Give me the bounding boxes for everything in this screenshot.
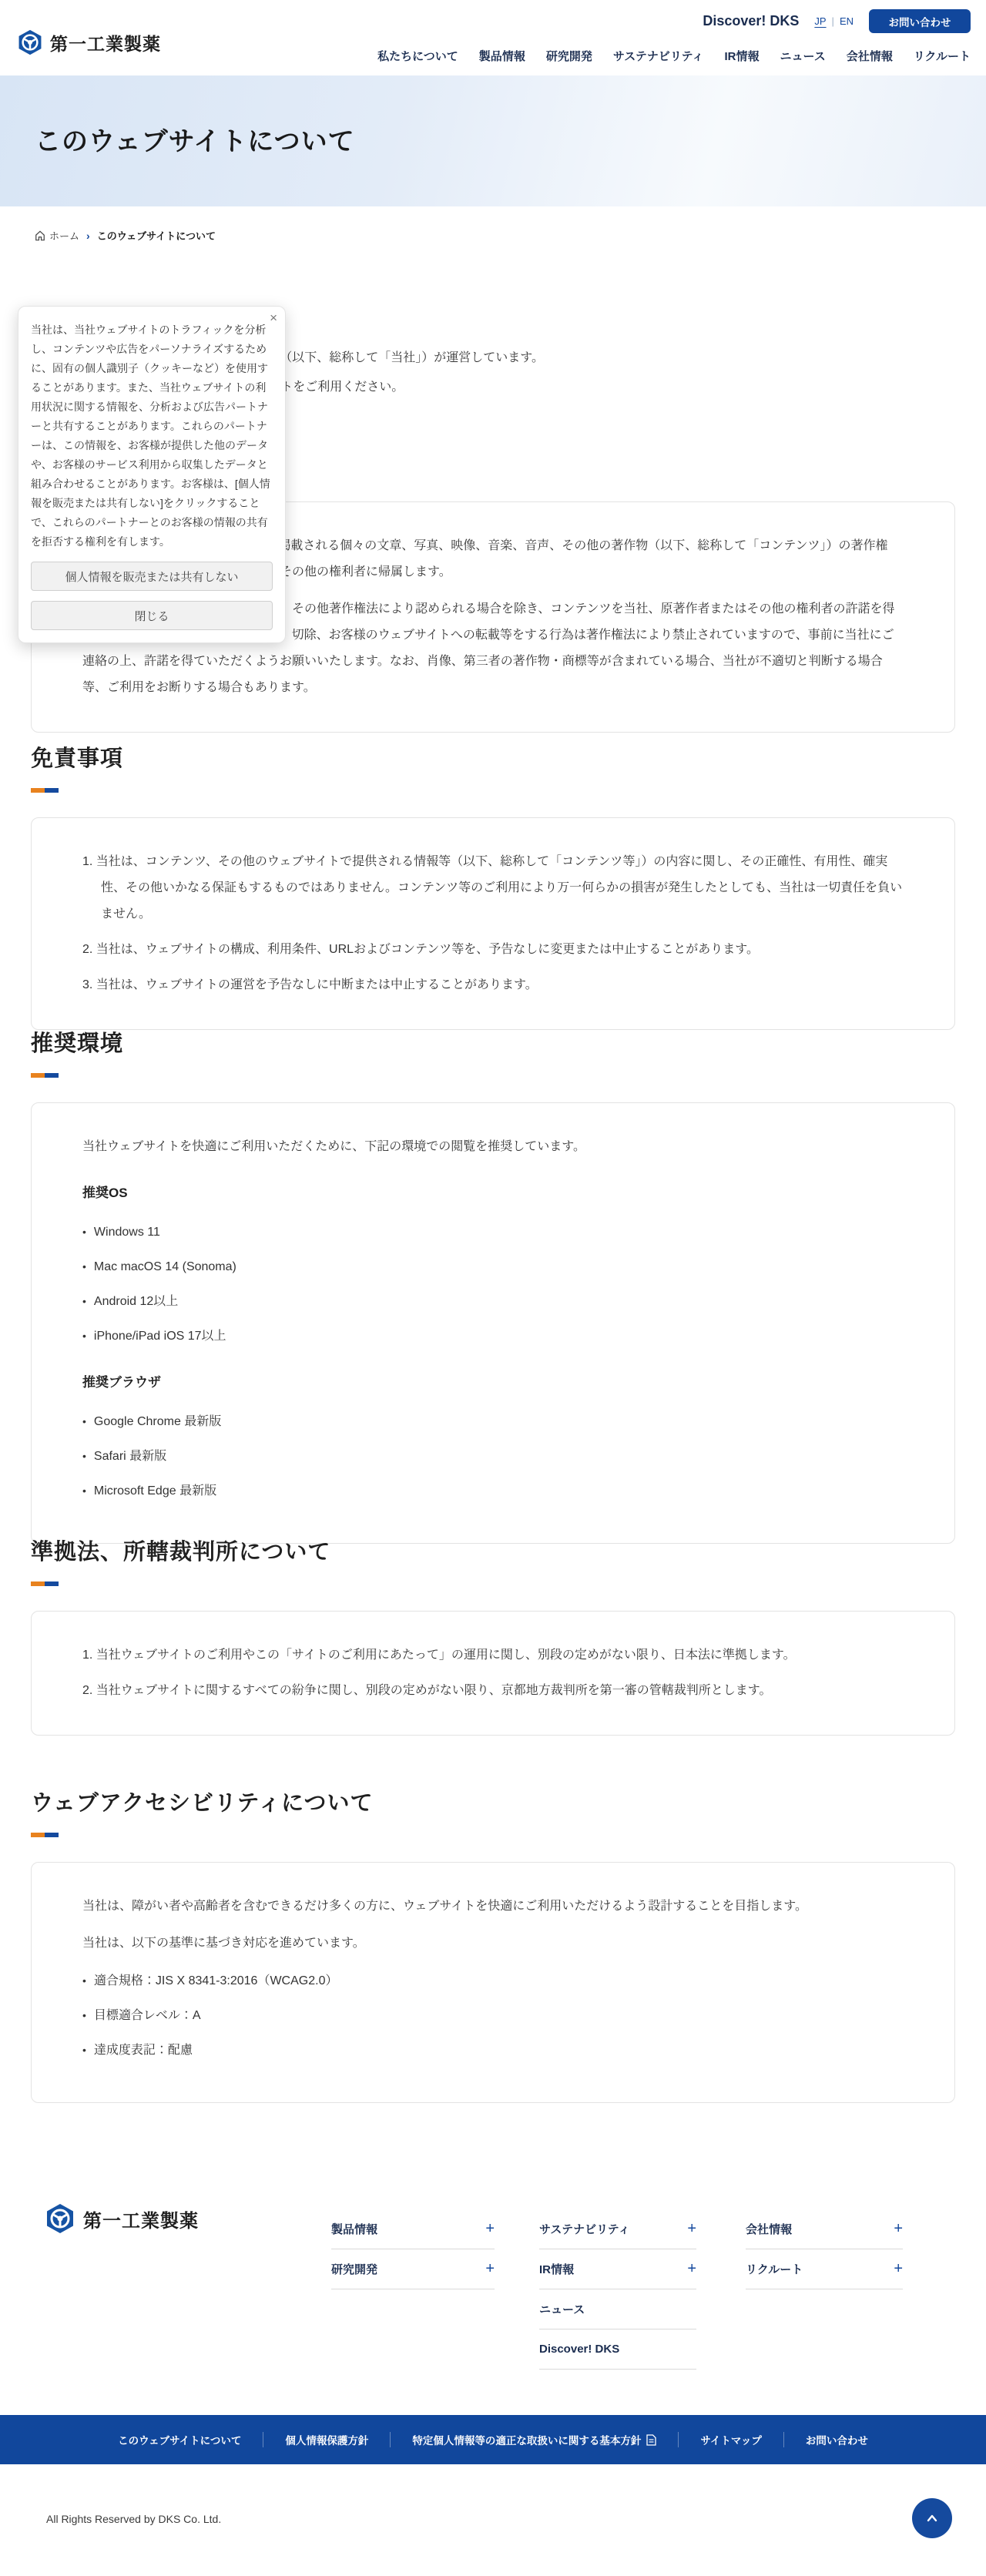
header-right: Discover! DKS JP | EN お問い合わせ: [703, 9, 971, 33]
accent-orange: [31, 1073, 45, 1078]
nav-item-2[interactable]: 製品情報: [479, 48, 525, 64]
card-list: Google Chrome 最新版Safari 最新版Microsoft Edg…: [82, 1408, 904, 1504]
list-item: 達成度表記：配慮: [82, 2037, 904, 2064]
plus-icon: +: [485, 2260, 495, 2278]
bottom-link-4[interactable]: サイトマップ: [678, 2432, 783, 2447]
plus-icon: +: [687, 2220, 696, 2238]
bottom-link-label: 個人情報保護方針: [285, 2432, 368, 2447]
footer-link-label: IR情報: [539, 2261, 574, 2277]
footer-link-Discover! DKS[interactable]: Discover! DKS: [539, 2329, 696, 2370]
footer-link-製品情報[interactable]: 製品情報+: [331, 2209, 495, 2249]
footer-link-会社情報[interactable]: 会社情報+: [746, 2209, 903, 2249]
list-item: Mac macOS 14 (Sonoma): [82, 1253, 904, 1280]
list-item: iPhone/iPad iOS 17以上: [82, 1323, 904, 1350]
footer-logo-text: 第一工業製薬: [83, 2205, 199, 2232]
card-list: 当社は、コンテンツ、その他のウェブサイトで提供される情報等（以下、総称して「コン…: [82, 849, 904, 998]
nav-item-7[interactable]: 会社情報: [847, 48, 893, 64]
nav-item-1[interactable]: 私たちについて: [377, 48, 458, 64]
card-list: 適合規格：JIS X 8341-3:2016（WCAG2.0）目標適合レベル：A…: [82, 1967, 904, 2064]
list-item: 当社ウェブサイトのご利用やこの「サイトのご利用にあたって」の運用に関し、別段の定…: [82, 1642, 904, 1669]
back-to-top-button[interactable]: [912, 2498, 952, 2538]
list-item: Safari 最新版: [82, 1443, 904, 1470]
accent-blue: [45, 788, 59, 793]
list-item: 目標適合レベル：A: [82, 2002, 904, 2029]
accent-orange: [31, 788, 45, 793]
footer-link-研究開発[interactable]: 研究開発+: [331, 2249, 495, 2289]
nav-item-6[interactable]: ニュース: [780, 48, 825, 64]
accent-blue: [45, 1833, 59, 1837]
accent-orange: [31, 1833, 45, 1837]
cookie-message: 当社は、当社ウェブサイトのトラフィックを分析し、コンテンツや広告をパーソナライズ…: [31, 320, 273, 552]
card-subheading: 推奨ブラウザ: [82, 1370, 904, 1396]
section-5: ウェブアクセシビリティについて当社は、障がい者や高齢者を含むできるだけ多くの方に…: [31, 1786, 955, 2103]
footer-column-3: 会社情報+リクルート+: [746, 2209, 903, 2289]
breadcrumb-current: このウェブサイトについて: [97, 228, 216, 243]
footer-link-リクルート[interactable]: リクルート+: [746, 2249, 903, 2289]
lang-en[interactable]: EN: [840, 15, 854, 27]
cookie-consent-popup: × 当社は、当社ウェブサイトのトラフィックを分析し、コンテンツや広告をパーソナラ…: [18, 306, 286, 643]
footer-link-label: 会社情報: [746, 2221, 792, 2237]
nav-item-5[interactable]: IR情報: [724, 48, 759, 64]
section-4: 準拠法、所轄裁判所について当社ウェブサイトのご利用やこの「サイトのご利用にあたっ…: [31, 1535, 955, 1736]
section-card: 当社は、コンテンツ、その他のウェブサイトで提供される情報等（以下、総称して「コン…: [31, 817, 955, 1030]
breadcrumb: ホーム › このウェブサイトについて: [35, 228, 216, 243]
section-card: 当社ウェブサイトのご利用やこの「サイトのご利用にあたって」の運用に関し、別段の定…: [31, 1611, 955, 1736]
accent-orange: [31, 1581, 45, 1586]
card-paragraph: 当社ウェブサイトを快適にご利用いただくために、下記の環境での閲覧を推奨しています…: [82, 1134, 904, 1160]
lang-jp[interactable]: JP: [814, 15, 826, 27]
footer-logo[interactable]: 第一工業製薬: [45, 2203, 199, 2234]
heading-accent-bar: [31, 1581, 59, 1586]
card-list: Windows 11Mac macOS 14 (Sonoma)Android 1…: [82, 1219, 904, 1350]
footer-link-サステナビリティ[interactable]: サステナビリティ+: [539, 2209, 696, 2249]
bottom-link-label: 特定個人情報等の適正な取扱いに関する基本方針: [412, 2432, 641, 2447]
main-nav: 私たちについて製品情報研究開発サステナビリティIR情報ニュース会社情報リクルート: [377, 48, 971, 64]
card-list: 当社ウェブサイトのご利用やこの「サイトのご利用にあたって」の運用に関し、別段の定…: [82, 1642, 904, 1704]
header-logo[interactable]: 第一工業製薬: [17, 29, 161, 55]
footer-link-ニュース[interactable]: ニュース: [539, 2289, 696, 2329]
copyright: All Rights Reserved by DKS Co. Ltd.: [46, 2513, 221, 2525]
plus-icon: +: [485, 2220, 495, 2238]
accent-blue: [45, 1073, 59, 1078]
page-title: このウェブサイトについて: [35, 120, 355, 158]
footer-link-label: 製品情報: [331, 2221, 377, 2237]
close-icon[interactable]: ×: [270, 311, 277, 324]
header: 第一工業製薬 Discover! DKS JP | EN お問い合わせ 私たちに…: [0, 0, 986, 75]
section-3: 推奨環境当社ウェブサイトを快適にご利用いただくために、下記の環境での閲覧を推奨し…: [31, 1026, 955, 1544]
section-heading: ウェブアクセシビリティについて: [31, 1786, 955, 1817]
nav-item-8[interactable]: リクルート: [914, 48, 971, 64]
section-2: 免責事項当社は、コンテンツ、その他のウェブサイトで提供される情報等（以下、総称し…: [31, 741, 955, 1030]
list-item: 当社は、ウェブサイトの運営を予告なしに中断または中止することがあります。: [82, 972, 904, 998]
list-item: Google Chrome 最新版: [82, 1408, 904, 1435]
list-item: 当社ウェブサイトに関するすべての紛争に関し、別段の定めがない限り、京都地方裁判所…: [82, 1678, 904, 1704]
section-card: 当社ウェブサイトを快適にご利用いただくために、下記の環境での閲覧を推奨しています…: [31, 1102, 955, 1544]
breadcrumb-home-label: ホーム: [49, 228, 79, 243]
card-subheading: 推奨OS: [82, 1180, 904, 1206]
card-paragraph: 当社は、障がい者や高齢者を含むできるだけ多くの方に、ウェブサイトを快適にご利用い…: [82, 1893, 904, 1920]
bottom-link-label: お問い合わせ: [806, 2432, 868, 2447]
section-heading: 免責事項: [31, 741, 955, 773]
nav-item-3[interactable]: 研究開発: [546, 48, 592, 64]
footer-link-label: ニュース: [539, 2301, 585, 2317]
cookie-close-button[interactable]: 閉じる: [31, 601, 273, 630]
page: 第一工業製薬 Discover! DKS JP | EN お問い合わせ 私たちに…: [0, 0, 986, 2576]
dks-logo-icon: [17, 29, 43, 55]
section-card: 当社は、障がい者や高齢者を含むできるだけ多くの方に、ウェブサイトを快適にご利用い…: [31, 1862, 955, 2103]
plus-icon: +: [894, 2220, 903, 2238]
list-item: 当社は、コンテンツ、その他のウェブサイトで提供される情報等（以下、総称して「コン…: [82, 849, 904, 927]
hero: このウェブサイトについて: [0, 75, 986, 206]
section-heading: 準拠法、所轄裁判所について: [31, 1535, 955, 1566]
list-item: 当社は、ウェブサイトの構成、利用条件、URLおよびコンテンツ等を、予告なしに変更…: [82, 937, 904, 963]
bottom-link-label: このウェブサイトについて: [118, 2432, 241, 2447]
footer-column-2: サステナビリティ+IR情報+ニュースDiscover! DKS: [539, 2209, 696, 2370]
breadcrumb-home[interactable]: ホーム: [35, 228, 79, 243]
footer-link-label: Discover! DKS: [539, 2343, 619, 2356]
plus-icon: +: [894, 2260, 903, 2278]
document-icon: [646, 2434, 656, 2446]
footer-column-1: 製品情報+研究開発+: [331, 2209, 495, 2289]
list-item: Microsoft Edge 最新版: [82, 1478, 904, 1504]
tagline[interactable]: Discover! DKS: [703, 13, 799, 29]
card-paragraph: 当社は、以下の基準に基づき対応を進めています。: [82, 1930, 904, 1957]
footer-link-label: 研究開発: [331, 2261, 377, 2277]
logo-text: 第一工業製薬: [50, 30, 161, 55]
bottom-link-2[interactable]: 個人情報保護方針: [263, 2432, 390, 2447]
nav-item-4[interactable]: サステナビリティ: [613, 48, 704, 64]
heading-accent-bar: [31, 1073, 59, 1078]
bottom-bar: このウェブサイトについて個人情報保護方針特定個人情報等の適正な取扱いに関する基本…: [0, 2415, 986, 2464]
section-heading: 推奨環境: [31, 1026, 955, 1058]
footer-link-label: リクルート: [746, 2261, 803, 2277]
plus-icon: +: [687, 2260, 696, 2278]
contact-button[interactable]: お問い合わせ: [869, 9, 971, 33]
accent-blue: [45, 1581, 59, 1586]
bottom-link-5[interactable]: お問い合わせ: [783, 2432, 890, 2447]
dks-logo-icon: [45, 2203, 75, 2234]
chevron-up-icon: [924, 2511, 940, 2526]
language-switcher: JP | EN: [814, 15, 854, 27]
list-item: 適合規格：JIS X 8341-3:2016（WCAG2.0）: [82, 1967, 904, 1994]
bottom-link-3[interactable]: 特定個人情報等の適正な取扱いに関する基本方針: [390, 2432, 678, 2447]
heading-accent-bar: [31, 1833, 59, 1837]
home-icon: [35, 230, 45, 241]
lang-separator: |: [832, 15, 834, 27]
heading-accent-bar: [31, 788, 59, 793]
chevron-right-icon: ›: [86, 230, 90, 242]
bottom-link-1[interactable]: このウェブサイトについて: [96, 2432, 263, 2447]
do-not-sell-button[interactable]: 個人情報を販売または共有しない: [31, 562, 273, 591]
bottom-link-label: サイトマップ: [700, 2432, 762, 2447]
list-item: Android 12以上: [82, 1288, 904, 1315]
footer-link-IR情報[interactable]: IR情報+: [539, 2249, 696, 2289]
list-item: Windows 11: [82, 1219, 904, 1246]
footer-link-label: サステナビリティ: [539, 2221, 630, 2237]
